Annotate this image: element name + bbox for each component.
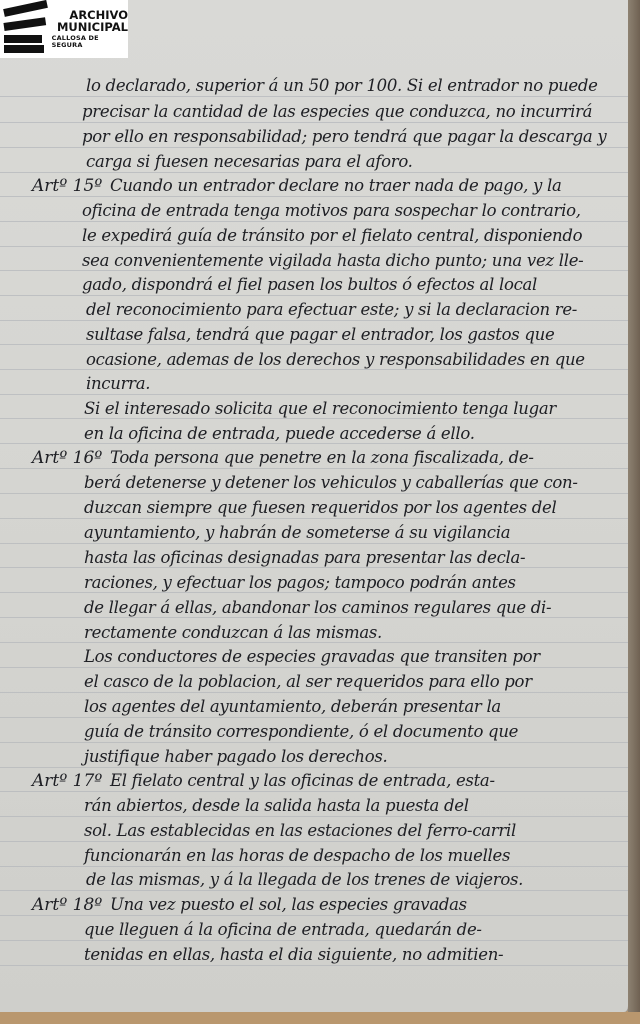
text-line: raciones, y efectuar los pagos; tampoco … [84,573,516,592]
text-line: justifique haber pagado los derechos. [84,747,387,766]
ruled-line [0,940,628,941]
article-number: Artº 18º [32,895,102,915]
page-edge-shadow [628,0,640,1024]
text-line: carga si fuesen necesarias para el aforo… [86,152,413,171]
ruled-line [0,567,628,568]
ruled-line [0,642,628,643]
text-line: que lleguen á la oficina de entrada, que… [84,920,482,939]
text-line: tenidas en ellas, hasta el dia siguiente… [84,945,503,964]
ruled-line [0,742,628,743]
ruled-line [0,295,628,296]
ruled-line [0,965,628,966]
text-line: Cuando un entrador declare no traer nada… [110,176,562,195]
text-line: le expedirá guía de tránsito por el fiel… [82,226,582,245]
text-line: ayuntamiento, y habrán de someterse á su… [84,523,510,542]
ruled-line [0,617,628,618]
text-line: de las mismas, y á la llegada de los tre… [86,870,523,889]
text-line: Los conductores de especies gravadas que… [84,647,540,666]
text-line: Toda persona que penetre en la zona fisc… [110,448,534,467]
text-line: Si el interesado solicita que el reconoc… [84,399,556,418]
text-line: de llegar á ellas, abandonar los caminos… [84,598,551,617]
article-number: Artº 15º [32,176,102,196]
text-line: hasta las oficinas designadas para prese… [84,548,525,567]
ruled-line [0,767,628,768]
text-line: Una vez puesto el sol, las especies grav… [110,895,467,914]
text-line: sol. Las establecidas en las estaciones … [84,821,516,840]
ruled-line [0,221,628,222]
logo-line-municipal: MUNICIPAL [57,21,128,33]
ruled-line [0,866,628,867]
ruled-line [0,320,628,321]
archive-logo: ARCHIVO MUNICIPAL CALLOSA DE SEGURA [0,0,128,58]
text-line: del reconocimiento para efectuar este; y… [86,300,577,319]
text-line: guía de tránsito correspondiente, ó el d… [84,722,518,741]
ruled-line [0,344,628,345]
text-line: incurra. [86,374,150,393]
ruled-line [0,841,628,842]
text-line: el casco de la poblacion, al ser requeri… [84,672,532,691]
archive-logo-mark-icon [4,5,48,53]
ruled-line [0,270,628,271]
text-line: en la oficina de entrada, puede acceders… [84,424,475,443]
article-number: Artº 16º [32,448,102,468]
ruled-line [0,196,628,197]
text-line: rectamente conduzcan á las mismas. [84,623,382,642]
ruled-line [0,369,628,370]
ruled-line [0,394,628,395]
ruled-line [0,543,628,544]
ruled-line [0,493,628,494]
article-number: Artº 17º [32,771,102,791]
ruled-line [0,147,628,148]
ruled-line [0,791,628,792]
ruled-line [0,443,628,444]
ruled-line [0,890,628,891]
manuscript-page: lo declarado, superior á un 50 por 100. … [0,0,630,1012]
text-line: El fielato central y las oficinas de ent… [110,771,495,790]
logo-line-town: CALLOSA DE SEGURA [52,35,128,49]
text-line: oficina de entrada tenga motivos para so… [82,201,581,220]
text-line: sea convenientemente vigilada hasta dich… [82,251,583,270]
text-line: por ello en responsabilidad; pero tendrá… [82,127,606,146]
ruled-line [0,418,628,419]
ruled-line [0,667,628,668]
ruled-line [0,246,628,247]
text-line: los agentes del ayuntamiento, deberán pr… [84,697,501,716]
text-line: precisar la cantidad de las especies que… [82,102,592,121]
text-line: gado, dispondrá el fiel pasen los bultos… [82,275,537,294]
text-line: funcionarán en las horas de despacho de … [84,846,510,865]
ruled-line [0,518,628,519]
ruled-line [0,692,628,693]
ruled-line [0,816,628,817]
backing-board [0,1012,640,1024]
ruled-line [0,122,628,123]
text-line: sultase falsa, tendrá que pagar el entra… [86,325,554,344]
text-line: lo declarado, superior á un 50 por 100. … [86,76,598,95]
ruled-line [0,915,628,916]
ruled-line [0,172,628,173]
ruled-line [0,468,628,469]
text-line: duzcan siempre que fuesen requeridos por… [84,498,556,517]
ruled-line [0,717,628,718]
ruled-line [0,96,628,97]
ruled-line [0,592,628,593]
text-line: berá detenerse y detener los vehiculos y… [84,473,578,492]
text-line: rán abiertos, desde la salida hasta la p… [84,796,469,815]
text-line: ocasione, ademas de los derechos y respo… [86,350,585,369]
